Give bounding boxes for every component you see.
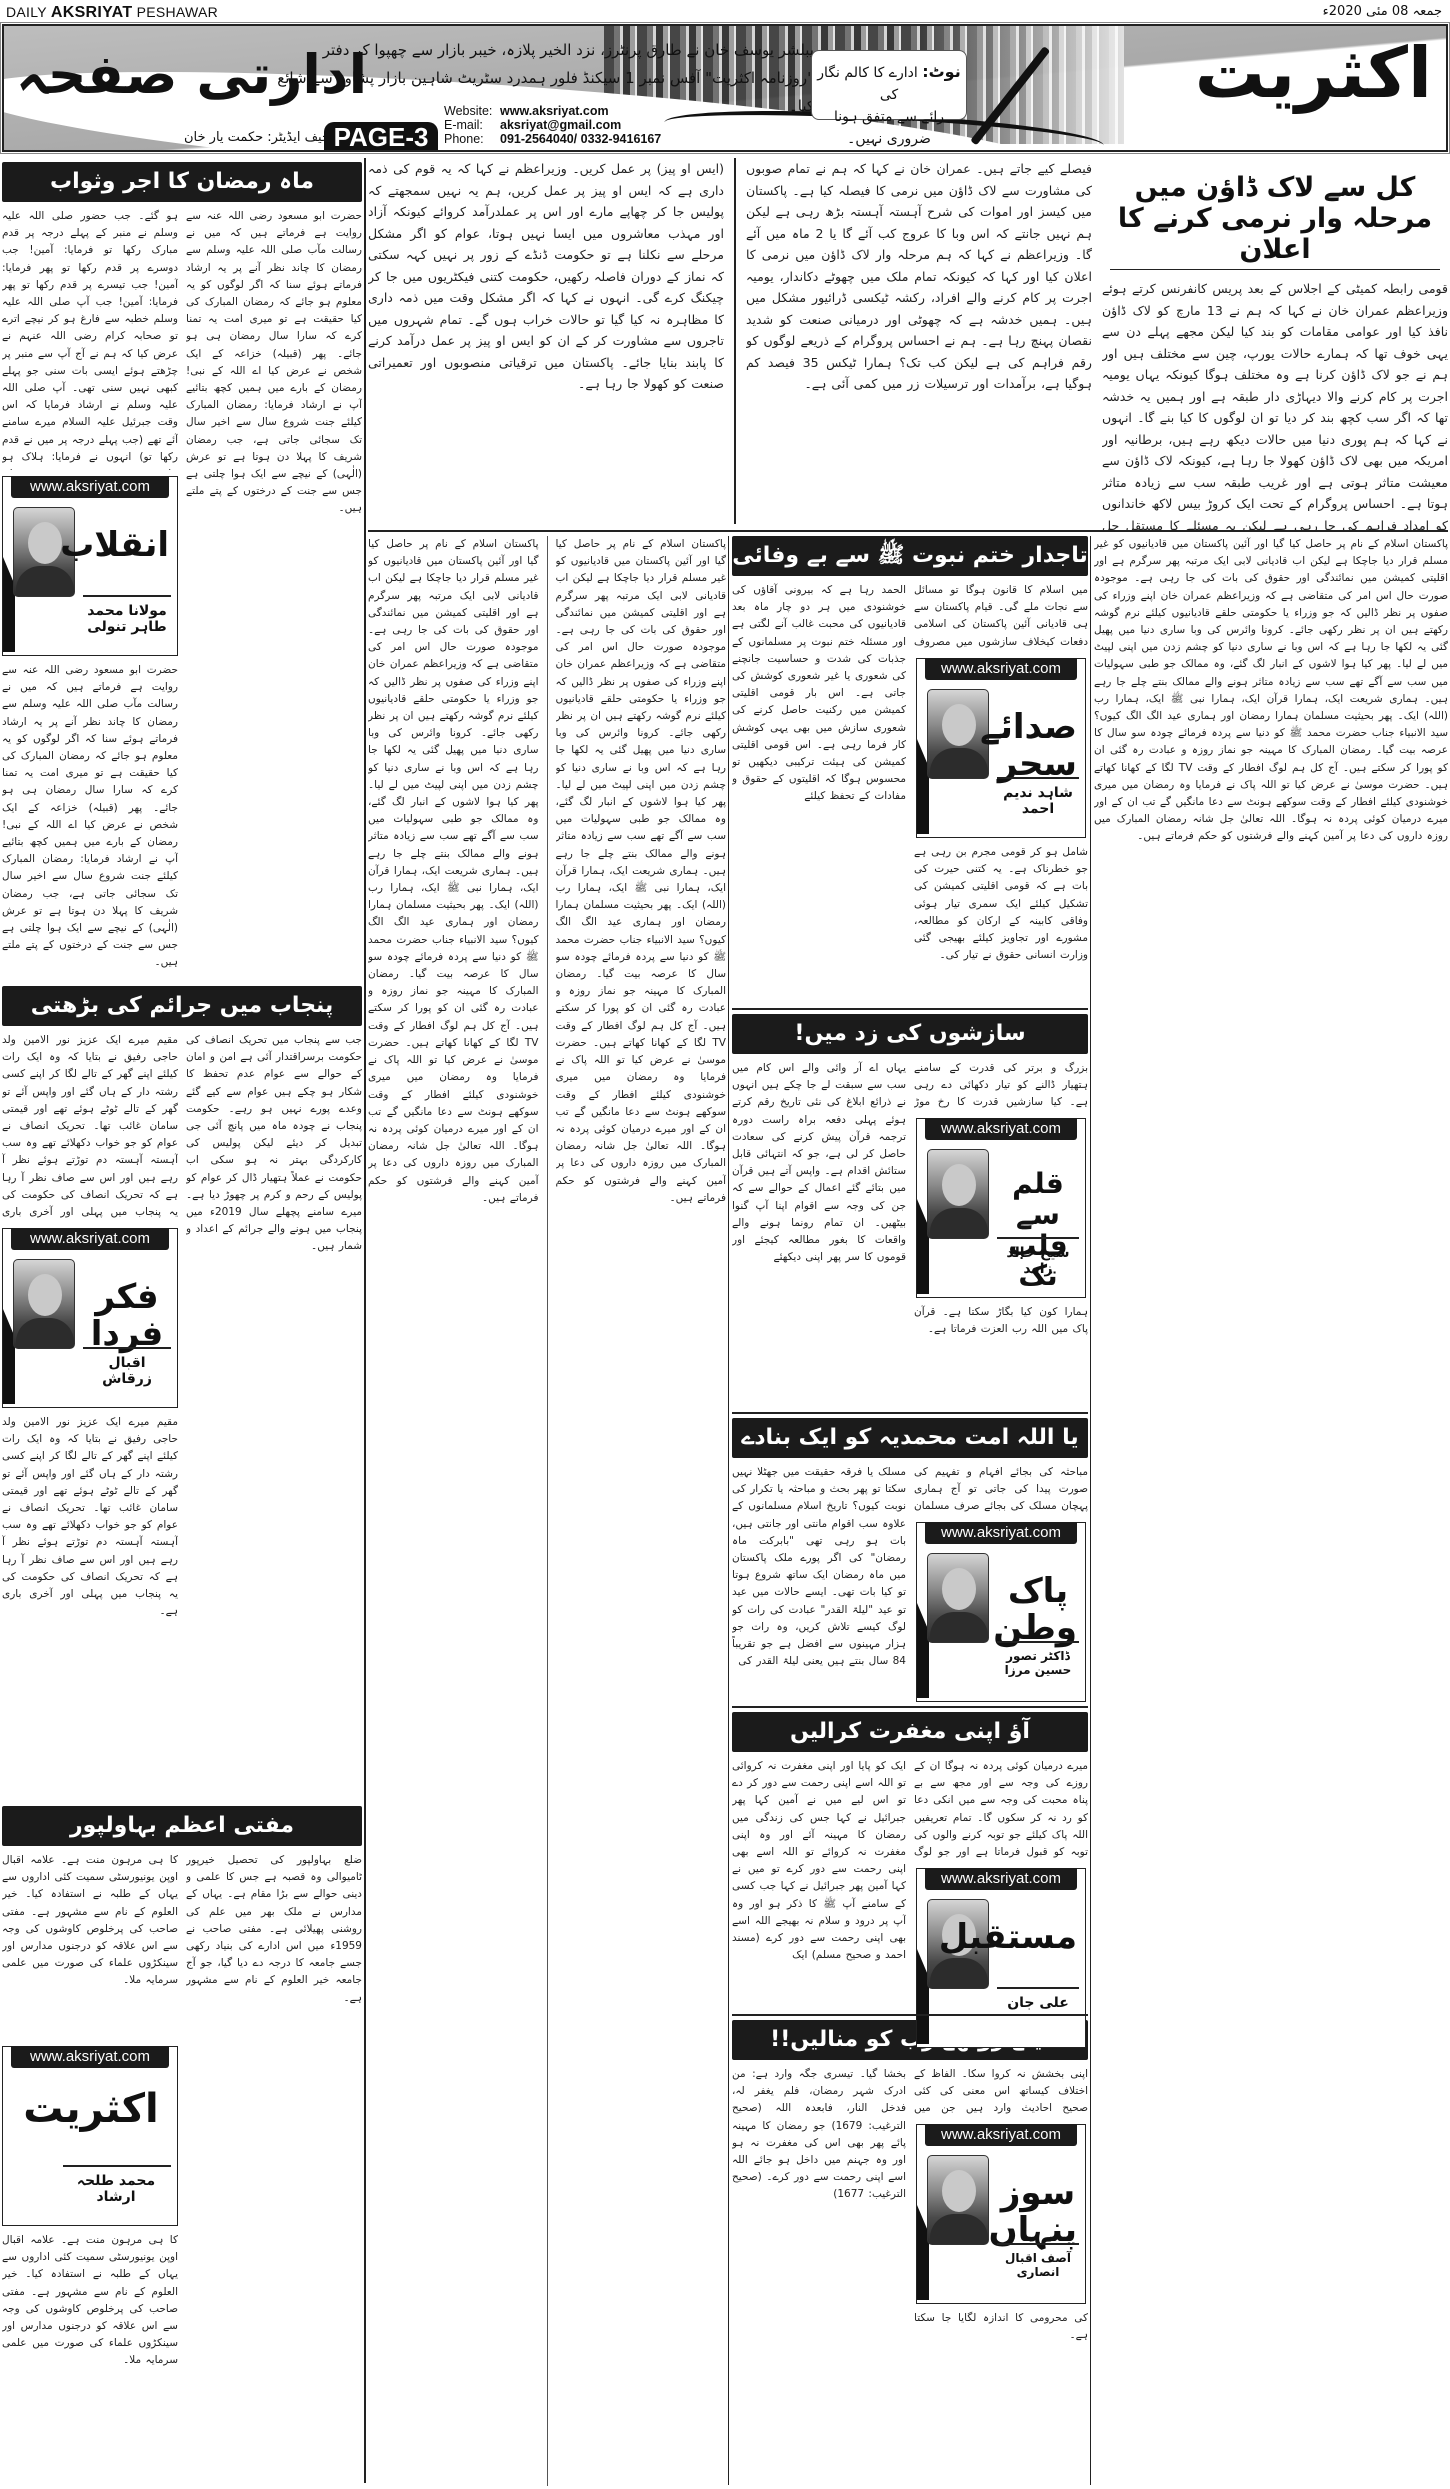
article-heading: سازشوں کی زد میں! — [732, 1014, 1088, 1054]
article-body-left: مسلک یا فرقہ حقیقت میں جھٹلا نہیں سکتا ت… — [732, 1464, 906, 1700]
photo-body — [16, 566, 74, 597]
columnist-box: www.aksriyat.com قلم سے قلب تک شیخ خالد … — [916, 1118, 1086, 1298]
columnist-byline: شیخ خالد زاہد — [999, 1245, 1077, 1277]
columnist-box: www.aksriyat.com انقلاب مولانا محمد طاہر… — [2, 476, 178, 656]
columnist-url: www.aksriyat.com — [925, 1522, 1077, 1544]
phone-label: Phone: — [444, 132, 500, 146]
article-intro: میں اسلام کا قانون ہوگا تو مسائل سے نجات… — [914, 582, 1088, 652]
divider — [83, 1347, 171, 1349]
photo-face — [942, 1568, 976, 1610]
photo-body — [930, 2214, 988, 2245]
columnist-photo — [927, 2155, 989, 2245]
columnist-box: www.aksriyat.com فکر فردا اقبال زرقاش — [2, 1228, 178, 1408]
photo-body — [930, 748, 988, 779]
photo-body — [930, 1612, 988, 1643]
divider — [997, 2243, 1079, 2245]
website-link[interactable]: www.aksriyat.com — [500, 104, 609, 118]
article-seek-forgiveness: آؤ اپنی مغفرت کرالیں میرے درمیان کوئی پر… — [732, 1712, 1088, 2012]
section-divider — [732, 1008, 1088, 1010]
article-conspiracies: سازشوں کی زد میں! بزرگ و برتر کی قدرت کے… — [732, 1014, 1088, 1410]
paper-name-suffix: PESHAWAR — [137, 4, 219, 20]
right-articles: تاجدار ختم نبوت ﷺ سے بے وفائی ناقابل معا… — [732, 536, 1088, 2489]
middle-text-right: پاکستان اسلام کے نام پر حاصل کیا گیا اور… — [556, 536, 727, 2486]
columnist-byline: محمد طلحہ ارشاد — [63, 2173, 169, 2205]
article-body-continued: مقیم میرے ایک عزیز نور الامین ولد حاجی ر… — [2, 1414, 178, 1800]
article-intro: مباحثہ کی بجائے افہام و تفہیم کی صورت پی… — [914, 1464, 1088, 1516]
article-body-left: بخشا گیا۔ تیسری جگہ وارد ہے: من ادرک شہر… — [732, 2066, 906, 2396]
article-body-continued: حضرت ابو مسعود رضی اللہ عنہ سے روایت ہے … — [2, 662, 178, 978]
divider — [547, 536, 548, 2486]
article-body-left: یہاں اے آر وائی والے اس کام میں سب سے سب… — [732, 1060, 906, 1400]
columnist-photo — [13, 1259, 75, 1349]
columnist-url: www.aksriyat.com — [925, 2124, 1077, 2146]
issue-date: جمعہ 08 مئی 2020ء — [1323, 4, 1442, 19]
article-intro: اپنی بخشش نہ کروا سکا۔ الفاظ کے اختلاف ک… — [914, 2066, 1088, 2118]
columnist-url: www.aksriyat.com — [925, 658, 1077, 680]
photo-face — [28, 1274, 62, 1316]
article-intro: میرے درمیان کوئی پردہ نہ ہوگا ان کے روزے… — [914, 1758, 1088, 1862]
article-heading: ماہ رمضان کا اجر وثواب — [2, 162, 362, 202]
photo-face — [942, 1164, 976, 1206]
newspaper-logo: اکثریت — [1195, 38, 1432, 108]
article-body-right: جب سے پنجاب میں تحریک انصاف کی حکومت برس… — [186, 1032, 362, 1800]
note-text-1: ادارے کا کالم نگار کی — [817, 65, 917, 103]
columnist-url: www.aksriyat.com — [925, 1118, 1077, 1140]
columnist-url: www.aksriyat.com — [11, 1228, 169, 1250]
columnist-photo — [927, 1149, 989, 1239]
columnist-url: www.aksriyat.com — [11, 476, 169, 498]
article-heading: یا اللہ امت محمدیہ کو ایک بنادے — [732, 1418, 1088, 1458]
article-body-left: الحمد رہا ہے کہ بیرونی آقاؤں کی خوشنودی … — [732, 582, 906, 992]
divider — [83, 595, 171, 597]
columnist-box: www.aksriyat.com سوز پنہاں آصف اقبال انص… — [916, 2124, 1086, 2304]
article-body-right: حضرت ابو مسعود رضی اللہ عنہ سے روایت ہے … — [186, 208, 362, 978]
editorial-body-1: قومی رابطہ کمیٹی کے اجلاس کے بعد پریس کا… — [1102, 278, 1448, 530]
article-body-after: شامل ہو کر قومی مجرم بن رہی ہے جو خطرناک… — [914, 844, 1088, 984]
masthead-strip: DAILY AKSRIYAT PESHAWAR جمعہ 08 مئی 2020… — [0, 0, 1450, 24]
divider — [997, 777, 1079, 779]
article-body-left: ایک کو پایا اور اپنی مغفرت نہ کروائی تو … — [732, 1758, 906, 2008]
editorial-body-3: (ایس او پیز) پر عمل کریں۔ وزیراعظم نے کہ… — [368, 158, 724, 524]
columnist-url: www.aksriyat.com — [11, 2046, 169, 2068]
email-link[interactable]: aksriyat@gmail.com — [500, 118, 621, 132]
disclaimer-note: نوٹ: ادارے کا کالم نگار کی رائے سے متفق … — [811, 50, 967, 120]
article-body-right: ضلع بہاولپور کی تحصیل خیرپور ٹامیوالی وہ… — [186, 1852, 362, 2489]
article-heading: آؤ اپنی مغفرت کرالیں — [732, 1712, 1088, 1752]
article-ramadan-reward: ماہ رمضان کا اجر وثواب حضرت ابو مسعود رض… — [2, 162, 362, 978]
article-appease-lord: آیئے روٹھے رب کو منالیں!! اپنی بخشش نہ ک… — [732, 2020, 1088, 2420]
section-divider — [368, 530, 1448, 532]
columnist-byline: شاہد ندیم احمد — [999, 785, 1077, 817]
column-name: پاک وطن — [999, 1573, 1077, 1648]
middle-text-left: پاکستان اسلام کے نام پر حاصل کیا گیا اور… — [368, 536, 539, 2486]
middle-columns: پاکستان اسلام کے نام پر حاصل کیا گیا اور… — [368, 536, 726, 2489]
columnist-byline: علی جان — [999, 1995, 1077, 2011]
article-khatm-e-nabuwat: تاجدار ختم نبوت ﷺ سے بے وفائی ناقابل معا… — [732, 536, 1088, 1006]
column-divider — [728, 536, 729, 2485]
divider — [997, 1641, 1079, 1643]
divider — [63, 2165, 171, 2167]
photo-face — [28, 522, 62, 564]
editorial-section: کل سے لاک ڈاؤن میں مرحلہ وار نرمی کرنے ک… — [368, 158, 1448, 530]
article-body-left: ہو گئے۔ جب حضور صلی اللہ علیہ وسلم نے من… — [2, 208, 178, 470]
columnist-box: www.aksriyat.com صدائے سحر شاہد ندیم احم… — [916, 658, 1086, 838]
column-name-logo: اکثریت — [13, 2087, 169, 2131]
article-body-continued: کا ہی مرہون منت ہے۔ علامہ اقبال اوپن یون… — [2, 2232, 178, 2489]
columnist-box: www.aksriyat.com مستقبل علی جان — [916, 1868, 1086, 2048]
article-ummah-unity: یا اللہ امت محمدیہ کو ایک بنادے مباحثہ ک… — [732, 1418, 1088, 1704]
column-name: صدائے سحر — [999, 709, 1077, 784]
photo-face — [942, 704, 976, 746]
columnist-photo — [927, 1553, 989, 1643]
chief-editor: چیف ایڈیٹر: حکمت یار خان — [184, 130, 330, 145]
columnist-byline: مولانا محمد طاہر تنولی — [85, 603, 169, 635]
columnist-url: www.aksriyat.com — [925, 1868, 1077, 1890]
continuation-text: پاکستان اسلام کے نام پر حاصل کیا گیا اور… — [1094, 536, 1448, 2486]
columnist-byline: ڈاکٹر تصور حسین مرزا — [999, 1649, 1077, 1677]
right-continuation: پاکستان اسلام کے نام پر حاصل کیا گیا اور… — [1094, 536, 1448, 2489]
page-number-badge: PAGE-3 — [324, 122, 438, 152]
article-mufti-bahawalpur: مفتی اعظم بہاولپور ضلع بہاولپور کی تحصیل… — [2, 1806, 362, 2489]
paper-name-main: AKSRIYAT — [51, 4, 133, 21]
article-body-left: مقیم میرے ایک عزیز نور الامین ولد حاجی ر… — [2, 1032, 178, 1222]
column-name: فکر فردا — [85, 1279, 169, 1354]
paper-name: DAILY AKSRIYAT PESHAWAR — [6, 4, 218, 22]
columnist-box: www.aksriyat.com اکثریت محمد طلحہ ارشاد — [2, 2046, 178, 2226]
divider — [997, 1237, 1079, 1239]
columnist-box: www.aksriyat.com پاک وطن ڈاکٹر تصور حسین… — [916, 1522, 1086, 1702]
phone-number: 091-2564040/ 0332-9416167 — [500, 132, 661, 146]
website-label: Website: — [444, 104, 500, 118]
column-divider — [734, 158, 736, 524]
email-label: E-mail: — [444, 118, 500, 132]
article-heading: مفتی اعظم بہاولپور — [2, 1806, 362, 1846]
section-divider — [732, 1412, 1088, 1414]
article-heading: تاجدار ختم نبوت ﷺ سے بے وفائی ناقابل معا… — [732, 536, 1088, 576]
publisher-line-1: پبلشر یوسف خان نے طارق پرنٹرز، نزد الخیر… — [274, 36, 814, 64]
section-divider — [732, 1706, 1088, 1708]
photo-body — [930, 1958, 988, 1989]
article-intro: بزرگ و برتر کی قدرت کے سامنے ہتھیار ڈالن… — [914, 1060, 1088, 1112]
paper-name-prefix: DAILY — [6, 4, 47, 20]
article-body-left: کا ہی مرہون منت ہے۔ علامہ اقبال اوپن یون… — [2, 1852, 178, 2040]
column-divider — [1090, 536, 1091, 2485]
article-body-after: ہمارا کون کیا بگاڑ سکتا ہے۔ قرآن پاک میں… — [914, 1304, 1088, 1404]
photo-body — [930, 1208, 988, 1239]
note-text-2: رائے سے متفق ہونا ضروری نہیں۔ — [812, 106, 966, 150]
photo-face — [942, 2170, 976, 2212]
page-banner: ادارتی صفحہ پبلشر یوسف خان نے طارق پرنٹر… — [2, 24, 1448, 152]
editorial-lead: کل سے لاک ڈاؤن میں مرحلہ وار نرمی کرنے ک… — [1102, 158, 1448, 530]
editorial-body-2: فیصلے کیے جاتے ہیں۔ عمران خان نے کہا کہ … — [746, 158, 1092, 524]
column-name: مستقبل — [999, 1919, 1077, 1956]
contact-info: Website:www.aksriyat.com E-mail:aksriyat… — [444, 104, 661, 146]
editorial-headline: کل سے لاک ڈاؤن میں مرحلہ وار نرمی کرنے ک… — [1110, 158, 1440, 270]
section-divider — [732, 2014, 1088, 2016]
left-column: ماہ رمضان کا اجر وثواب حضرت ابو مسعود رض… — [2, 158, 362, 2489]
columnist-byline: اقبال زرقاش — [85, 1355, 169, 1387]
column-name: سوز پنہاں — [999, 2175, 1077, 2250]
note-label: نوٹ: — [922, 62, 961, 81]
article-body-after: کی محرومی کا اندازہ لگایا جا سکتا ہے۔ — [914, 2310, 1088, 2350]
column-divider — [364, 158, 366, 2483]
column-name: انقلاب — [85, 527, 169, 564]
photo-body — [16, 1318, 74, 1349]
columnist-byline: آصف اقبال انصاری — [999, 2251, 1077, 2279]
article-punjab-crime: پنجاب میں جرائم کی بڑھتی ہوئی شرح جب سے … — [2, 986, 362, 1800]
divider — [997, 1987, 1079, 1989]
article-heading: پنجاب میں جرائم کی بڑھتی ہوئی شرح — [2, 986, 362, 1026]
